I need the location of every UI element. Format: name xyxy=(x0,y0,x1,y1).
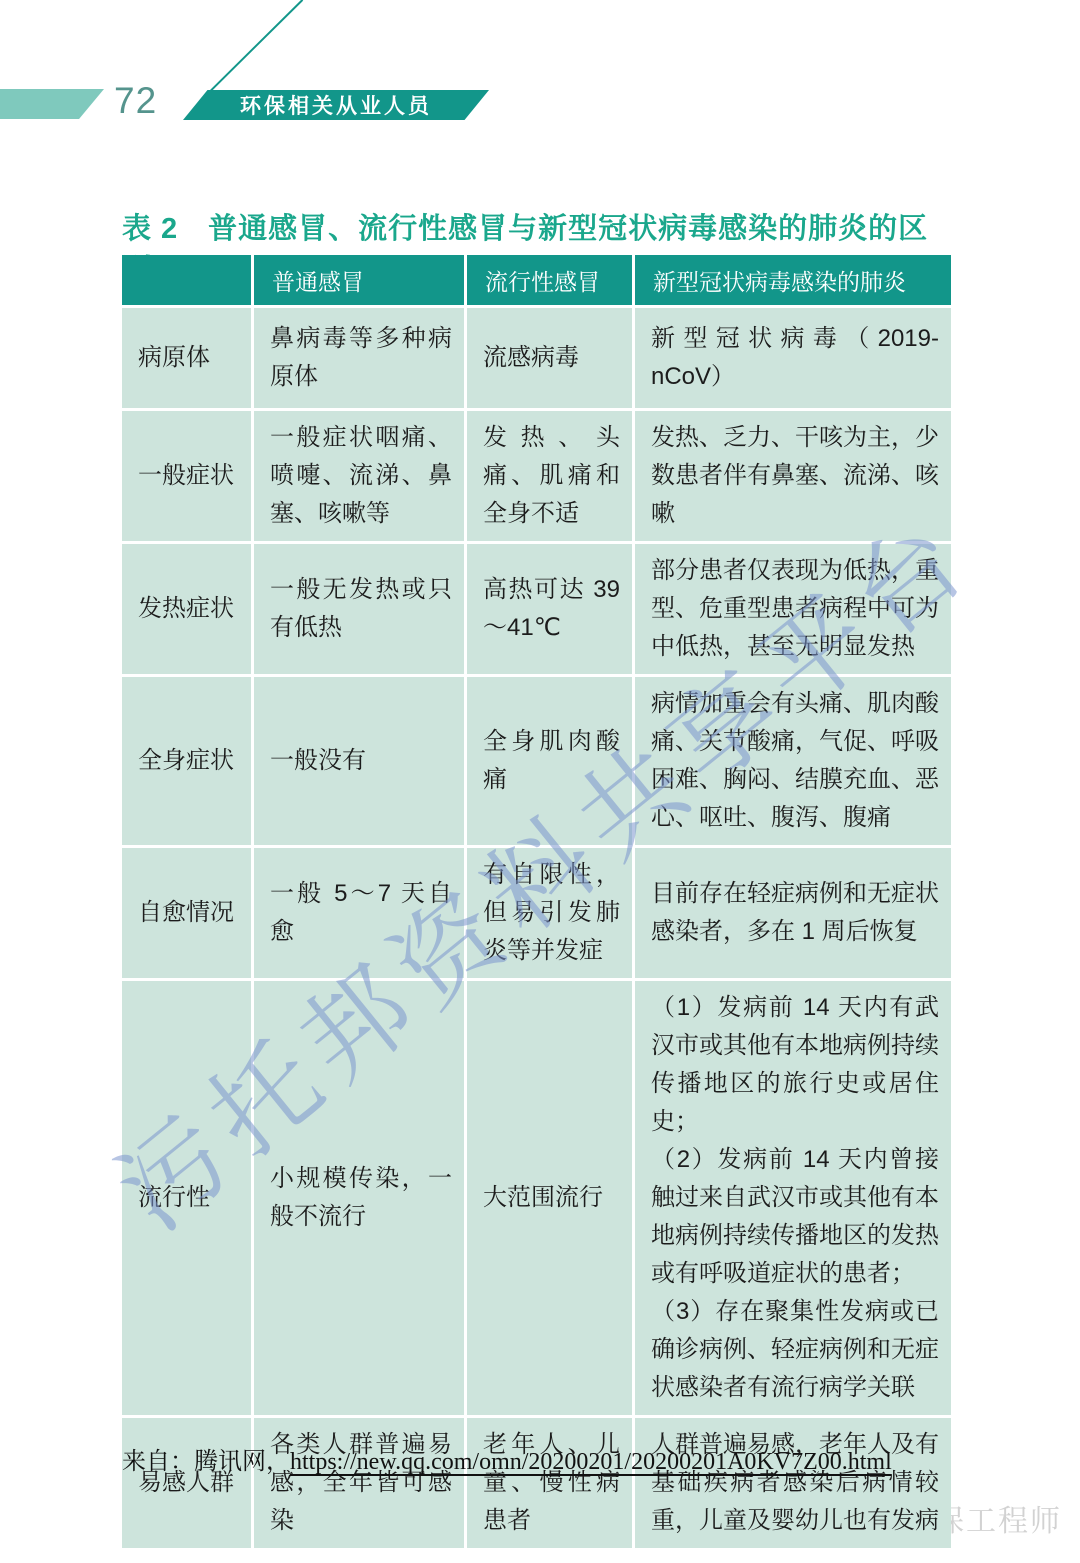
table-cell: 发热、头痛、肌痛和全身不适 xyxy=(467,411,632,541)
row-label: 流行性 xyxy=(122,981,251,1415)
comparison-table: 普通感冒流行性感冒新型冠状病毒感染的肺炎病原体鼻病毒等多种病原体流感病毒新型冠状… xyxy=(122,255,948,1548)
table-cell: 发热、乏力、干咳为主，少数患者伴有鼻塞、流涕、咳嗽 xyxy=(635,411,951,541)
source-line: 来自：腾讯网，https://new.qq.com/omn/20200201/2… xyxy=(122,1441,892,1476)
table-cell: 病情加重会有头痛、肌肉酸痛、关节酸痛，气促、呼吸困难、胸闷、结膜充血、恶心、呕吐… xyxy=(635,677,951,845)
table-cell: 小规模传染，一般不流行 xyxy=(254,981,464,1415)
row-label: 病原体 xyxy=(122,308,251,408)
header-cell: 流行性感冒 xyxy=(467,255,632,305)
source-prefix: 来自：腾讯网， xyxy=(122,1449,290,1475)
chapter-header-banner: 环保相关从业人员 xyxy=(183,90,489,120)
table-cell: 各类人群普遍易感，全年皆可感染 xyxy=(254,1418,464,1548)
table-cell: 一般症状咽痛、喷嚏、流涕、鼻塞、咳嗽等 xyxy=(254,411,464,541)
table-cell: 新型冠状病毒（2019-nCoV） xyxy=(635,308,951,408)
header-cell: 普通感冒 xyxy=(254,255,464,305)
header-cell-empty xyxy=(122,255,251,305)
header-cell: 新型冠状病毒感染的肺炎 xyxy=(635,255,951,305)
page-number: 72 xyxy=(114,80,157,122)
table-cell: 流感病毒 xyxy=(467,308,632,408)
corner-decoration-strip xyxy=(0,89,104,119)
table-cell: 一般无发热或只有低热 xyxy=(254,544,464,674)
table-cell: 高热可达 39～41℃ xyxy=(467,544,632,674)
table-cell: 一般没有 xyxy=(254,677,464,845)
table-cell: 目前存在轻症病例和无症状感染者，多在 1 周后恢复 xyxy=(635,848,951,978)
source-url-link[interactable]: https://new.qq.com/omn/20200201/20200201… xyxy=(290,1449,892,1475)
table-cell: （1）发病前 14 天内有武汉市或其他有本地病例持续传播地区的旅行史或居住史；（… xyxy=(635,981,951,1415)
document-page: 72 环保相关从业人员 污托邦资料共享平台 表 2 普通感冒、流行性感冒与新型冠… xyxy=(0,0,1080,1563)
table-cell: 有自限性，但易引发肺炎等并发症 xyxy=(467,848,632,978)
table-cell: 人群普遍易感，老年人及有基础疾病者感染后病情较重，儿童及婴幼儿也有发病 xyxy=(635,1418,951,1548)
row-label: 自愈情况 xyxy=(122,848,251,978)
row-label: 易感人群 xyxy=(122,1418,251,1548)
row-label: 发热症状 xyxy=(122,544,251,674)
table-cell: 部分患者仅表现为低热，重型、危重型患者病程中可为中低热，甚至无明显发热 xyxy=(635,544,951,674)
table-cell: 老年人、儿童、慢性病患者 xyxy=(467,1418,632,1548)
banner-diagonal-line xyxy=(208,0,303,93)
table-cell: 大范围流行 xyxy=(467,981,632,1415)
row-label: 全身症状 xyxy=(122,677,251,845)
table-cell: 一般 5～7 天自愈 xyxy=(254,848,464,978)
chapter-header-label: 环保相关从业人员 xyxy=(240,90,432,120)
table-cell: 鼻病毒等多种病原体 xyxy=(254,308,464,408)
table-cell: 全身肌肉酸痛 xyxy=(467,677,632,845)
row-label: 一般症状 xyxy=(122,411,251,541)
